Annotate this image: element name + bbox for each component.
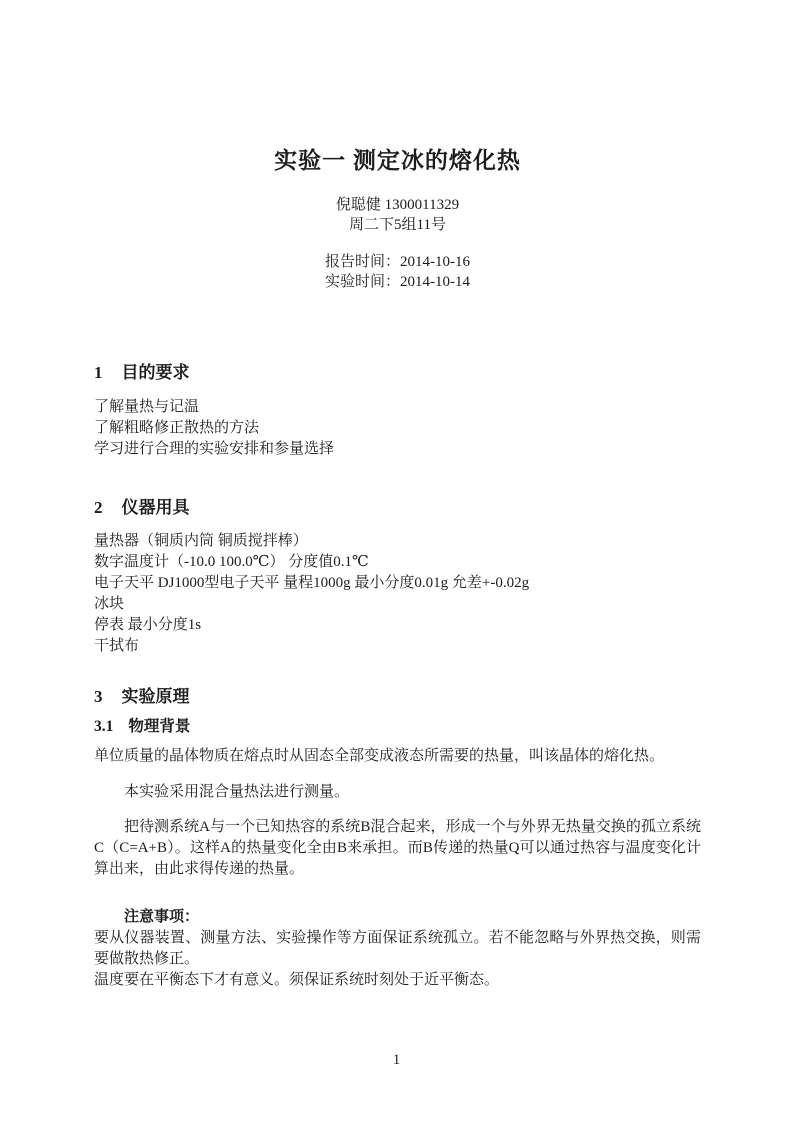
note-line: 要从仪器装置、测量方法、实验操作等方面保证系统孤立。若不能忽略与外界热交换，则需…	[94, 928, 701, 970]
apparatus-line: 冰块	[94, 594, 701, 615]
page-number: 1	[0, 1051, 793, 1069]
notes-label: 注意事项：	[94, 907, 701, 927]
apparatus-line: 数字温度计（-10.0 100.0℃） 分度值0.1℃	[94, 552, 701, 573]
page-content: 实验一 测定冰的熔化热 倪聪健 1300011329 周二下5组11号 报告时间…	[94, 0, 701, 991]
apparatus-line: 电子天平 DJ1000型电子天平 量程1000g 最小分度0.01g 允差+-0…	[94, 573, 701, 594]
section-1-title: 目的要求	[122, 363, 190, 382]
notes-body: 要从仪器装置、测量方法、实验操作等方面保证系统孤立。若不能忽略与外界热交换，则需…	[94, 928, 701, 991]
document-title: 实验一 测定冰的熔化热	[94, 148, 701, 174]
section-1-body: 了解量热与记温 了解粗略修正散热的方法 学习进行合理的实验安排和参量选择	[94, 397, 701, 460]
section-3-heading: 3实验原理	[94, 686, 701, 708]
apparatus-line: 量热器（铜质内筒 铜质搅拌棒）	[94, 531, 701, 552]
author-name-id: 倪聪健 1300011329	[94, 196, 701, 216]
document-page: 实验一 测定冰的熔化热 倪聪健 1300011329 周二下5组11号 报告时间…	[0, 0, 793, 1122]
subsection-3-1-number: 3.1	[94, 718, 113, 735]
section-3-number: 3	[94, 687, 103, 706]
note-line: 温度要在平衡态下才有意义。须保证系统时刻处于近平衡态。	[94, 970, 701, 991]
report-date: 报告时间：2014-10-16	[94, 252, 701, 272]
subsection-3-1-title: 物理背景	[128, 718, 190, 735]
apparatus-line: 干拭布	[94, 636, 701, 657]
section-2-heading: 2仪器用具	[94, 497, 701, 519]
section-2-body: 量热器（铜质内筒 铜质搅拌棒） 数字温度计（-10.0 100.0℃） 分度值0…	[94, 531, 701, 657]
author-block: 倪聪健 1300011329 周二下5组11号	[94, 196, 701, 235]
mixing-method-paragraph: 把待测系统A与一个已知热容的系统B混合起来，形成一个与外界无热量交换的孤立系统C…	[94, 817, 701, 880]
author-group: 周二下5组11号	[94, 216, 701, 236]
principle-paragraph: 单位质量的晶体物质在熔点时从固态全部变成液态所需要的热量，叫该晶体的熔化热。	[94, 746, 701, 767]
subsection-3-1-heading: 3.1物理背景	[94, 717, 701, 737]
section-3-title: 实验原理	[122, 687, 190, 706]
objective-line: 了解粗略修正散热的方法	[94, 418, 701, 439]
section-2-title: 仪器用具	[122, 498, 190, 517]
objective-line: 学习进行合理的实验安排和参量选择	[94, 439, 701, 460]
section-1-heading: 1目的要求	[94, 362, 701, 384]
objective-line: 了解量热与记温	[94, 397, 701, 418]
experiment-date: 实验时间：2014-10-14	[94, 272, 701, 292]
method-paragraph: 本实验采用混合量热法进行测量。	[94, 782, 701, 803]
date-block: 报告时间：2014-10-16 实验时间：2014-10-14	[94, 252, 701, 292]
apparatus-line: 停表 最小分度1s	[94, 615, 701, 636]
section-1-number: 1	[94, 363, 103, 382]
section-2-number: 2	[94, 498, 103, 517]
